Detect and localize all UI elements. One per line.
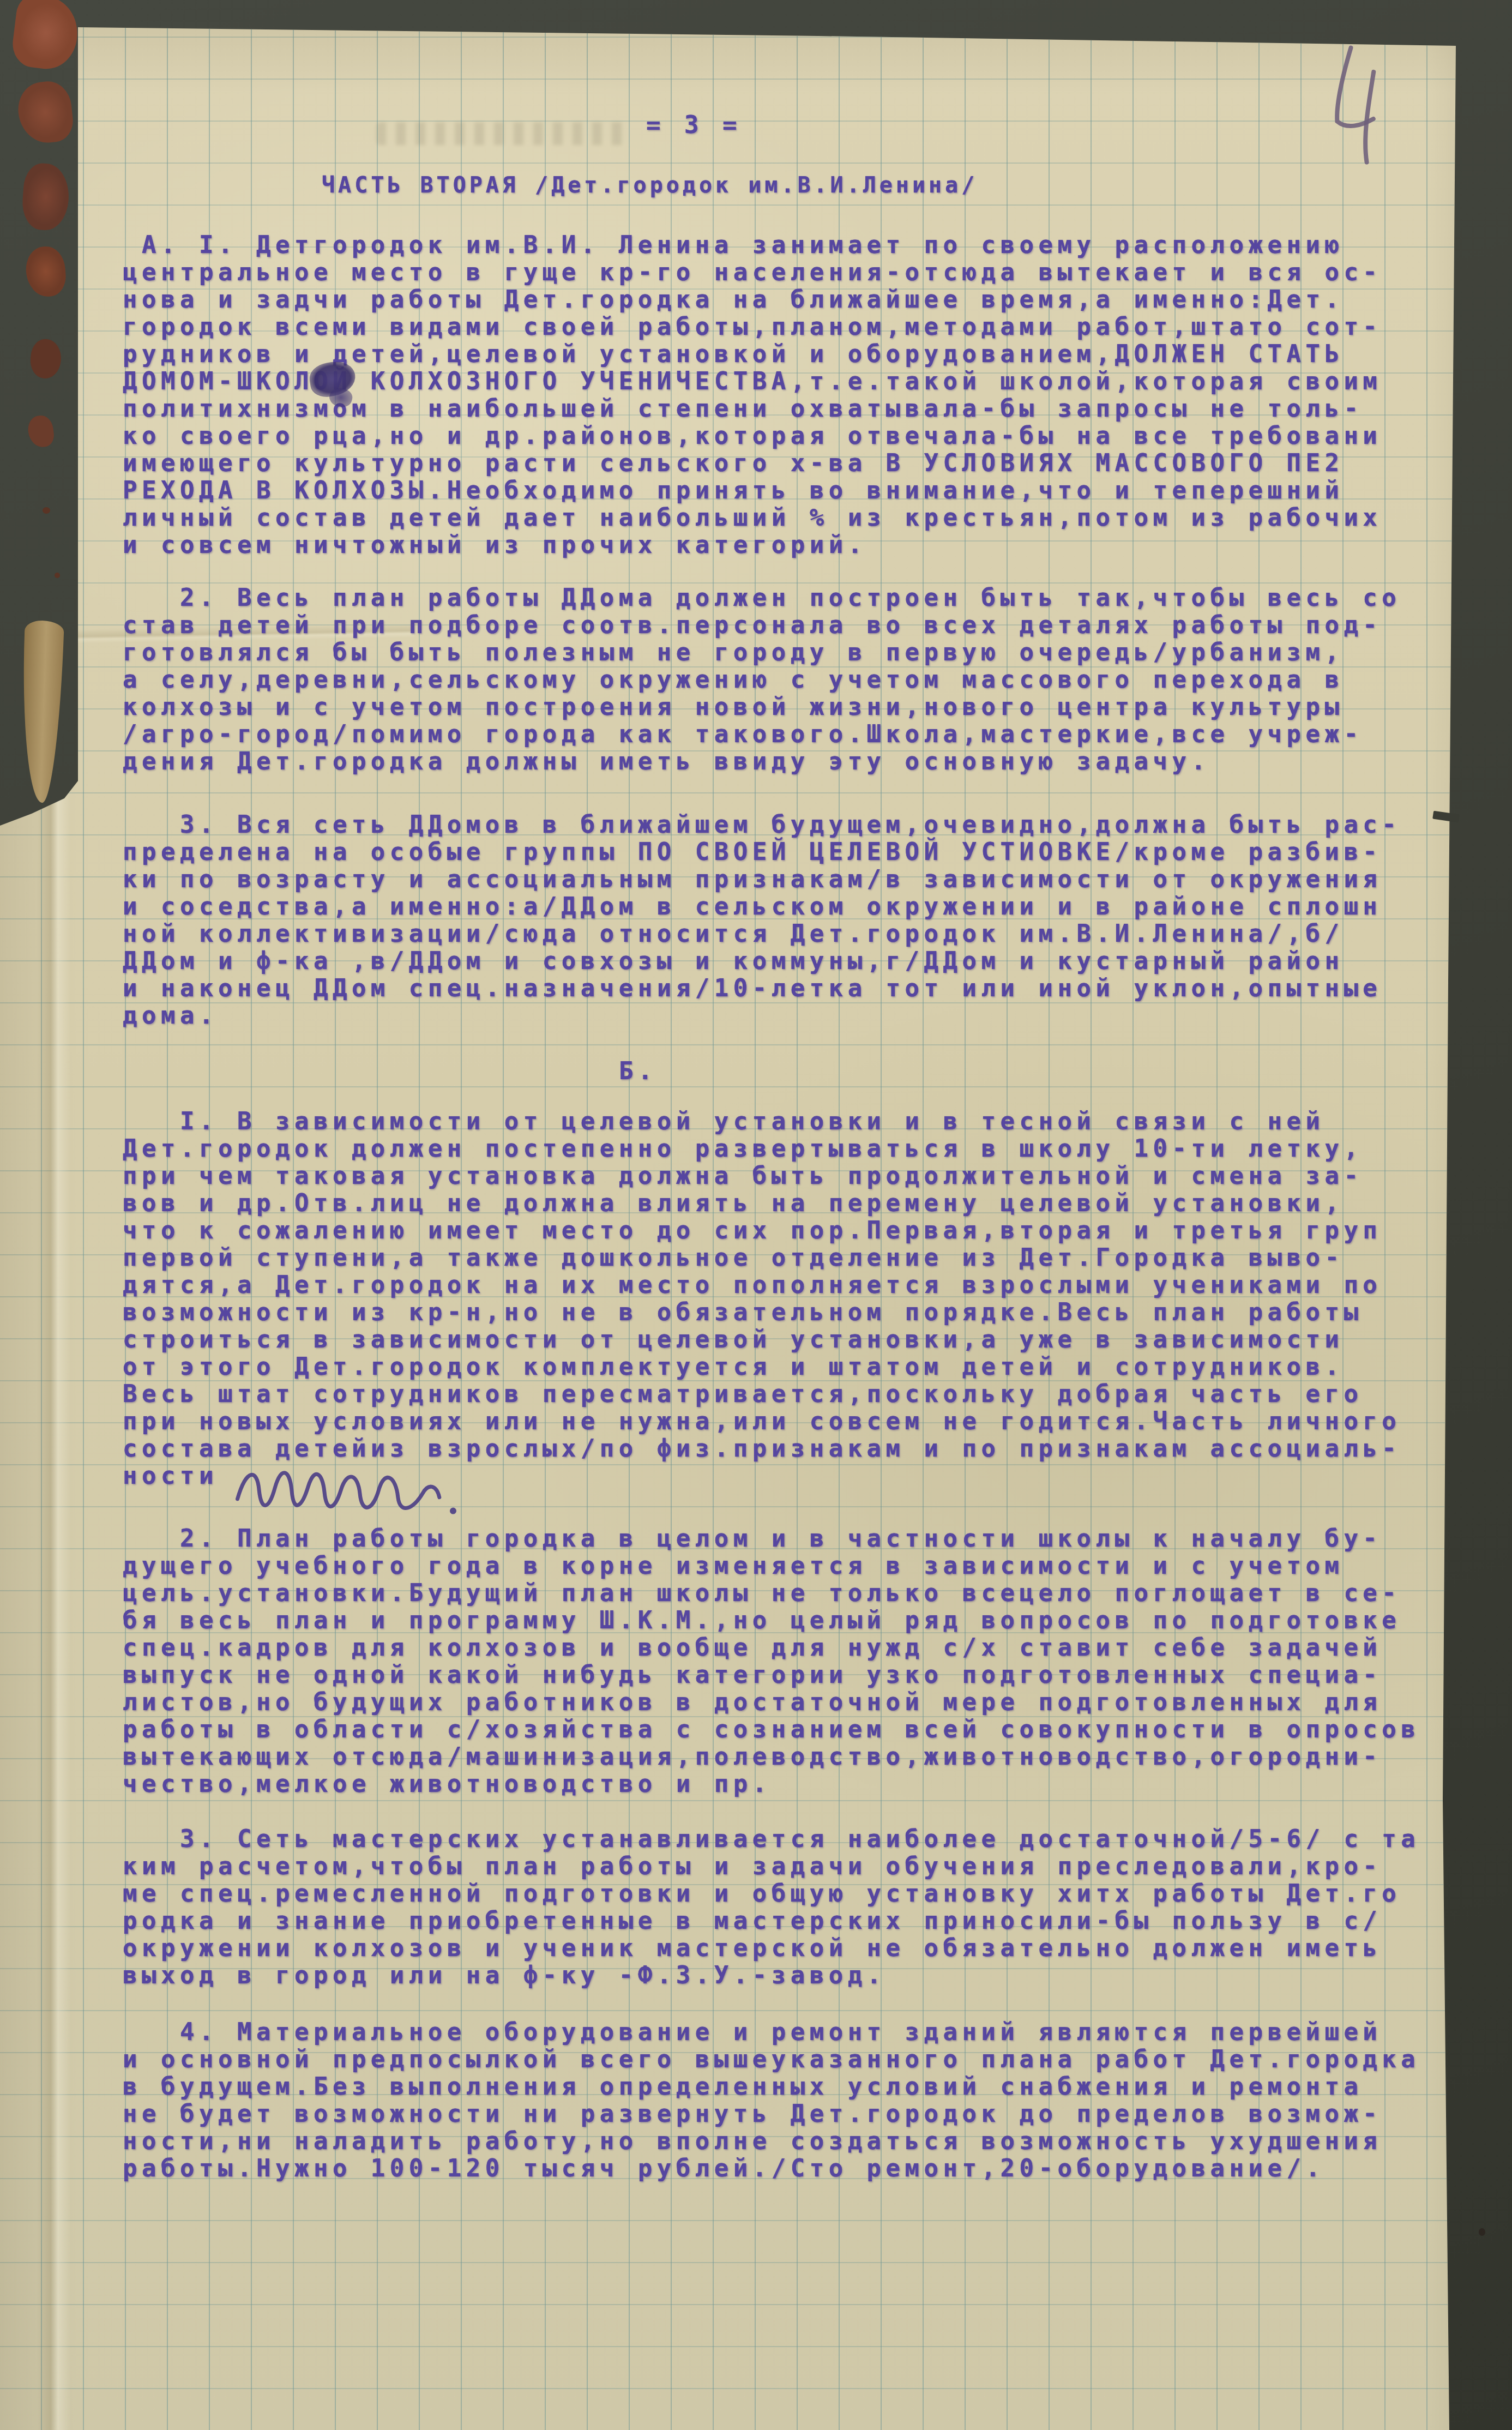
text-line: 4. Материальное оборудование и ремонт зд…: [123, 2019, 1420, 2046]
text-line: выход в город или на ф-ку -Ф.З.У.-завод.: [123, 1962, 1420, 1989]
section-a-paragraph-1: А. I. Детгородок им.В.И. Ленина занимает…: [123, 232, 1382, 559]
text-line: рудников и детей,целевой установкой и об…: [123, 341, 1382, 368]
text-line: при новых условиях или не нужна,или совс…: [123, 1408, 1401, 1435]
text-line: окружении колхозов и ученик мастерской н…: [123, 1935, 1420, 1962]
text-line: возможности из кр-н,но не в обязательном…: [123, 1299, 1401, 1326]
text-line: ности,ни наладить работу,но вполне созда…: [123, 2128, 1420, 2155]
document-title-text: ЧАСТЬ ВТОРАЯ /Дет.городок им.В.И.Ленина/: [322, 172, 978, 199]
text-line: ной коллективизации/сюда относится Дет.г…: [123, 921, 1401, 948]
text-line: дома.: [123, 1002, 1401, 1030]
text-line: что к сожалению имеет место до сих пор.П…: [123, 1217, 1401, 1244]
text-line: цель.установки.Будущий план школы не тол…: [123, 1580, 1420, 1607]
ink-speck: [1479, 2228, 1485, 2236]
text-line: имеющего культурно расти сельского х-ва …: [123, 450, 1382, 477]
text-line: I. В зависимости от целевой установки и …: [123, 1108, 1401, 1135]
page-number-text: = 3 =: [646, 112, 742, 139]
text-line: вытекающих отсюда/машинизация,полеводств…: [123, 1743, 1420, 1771]
text-line: листов,но будущих работников в достаточн…: [123, 1689, 1420, 1716]
text-line: работы.Нужно 100-120 тысяч рублей./Сто р…: [123, 2155, 1420, 2182]
text-line: ДДом и ф-ка ,в/ДДом и совхозы и коммуны,…: [123, 948, 1401, 975]
text-line: в будущем.Без выполнения определенных ус…: [123, 2073, 1420, 2101]
text-line: работы в области с/хозяйства с сознанием…: [123, 1716, 1420, 1743]
section-b-paragraph-3: 3. Сеть мастерских устанавливается наибо…: [123, 1826, 1420, 1989]
text-line: ким расчетом,чтобы план работы и задачи …: [123, 1853, 1420, 1880]
text-line: /агро-город/помимо города как такового.Ш…: [123, 721, 1401, 748]
text-line: став детей при подборе соотв.персонала в…: [123, 612, 1401, 639]
text-line: нова и задчи работы Дет.городка на ближа…: [123, 286, 1382, 314]
text-line: и совсем ничтожный из прочих категорий.: [123, 532, 1382, 559]
text-line: пределена на особые группы ПО СВОЕЙ ЦЕЛЕ…: [123, 839, 1401, 866]
text-line: 3. Вся сеть ДДомов в ближайшем будущем,о…: [123, 811, 1401, 839]
text-line: чество,мелкое животноводство и пр.: [123, 1771, 1420, 1798]
text-line: и соседства,а именно:а/ДДом в сельском о…: [123, 893, 1401, 921]
text-line: и наконец ДДом спец.назначения/10-летка …: [123, 975, 1401, 1002]
paper-speck: [55, 573, 60, 578]
text-line: дущего учебного года в корне изменяется …: [123, 1553, 1420, 1580]
text-line: а селу,деревни,сельскому окружению с уче…: [123, 666, 1401, 694]
text-line: состава детейиз взрослых/по физ.признака…: [123, 1435, 1401, 1463]
document-title: ЧАСТЬ ВТОРАЯ /Дет.городок им.В.И.Ленина/: [322, 172, 978, 199]
text-line: первой ступени,а также дошкольное отделе…: [123, 1244, 1401, 1272]
text-line: центральное место в гуще кр-го населения…: [123, 259, 1382, 286]
paper-speck: [43, 507, 50, 514]
section-b-paragraph-1: I. В зависимости от целевой установки и …: [123, 1108, 1401, 1490]
text-line: при чем таковая установка должна быть пр…: [123, 1163, 1401, 1190]
text-line: Весь штат сотрудников пересматривается,п…: [123, 1381, 1401, 1408]
text-line: бя весь план и программу Ш.К.М.,но целый…: [123, 1607, 1420, 1634]
section-a-paragraph-2: 2. Весь план работы ДДома должен построе…: [123, 585, 1401, 775]
text-line: строиться в зависимости от целевой устан…: [123, 1326, 1401, 1354]
text-line: не будет возможности ни развернуть Дет.г…: [123, 2101, 1420, 2128]
text-line: городок всеми видами своей работы,планом…: [123, 314, 1382, 341]
section-a-paragraph-3: 3. Вся сеть ДДомов в ближайшем будущем,о…: [123, 811, 1401, 1030]
text-line: дятся,а Дет.городок на их место пополняе…: [123, 1272, 1401, 1299]
handwritten-annotation: [232, 1457, 469, 1530]
text-line: дения Дет.городка должны иметь ввиду эту…: [123, 748, 1401, 775]
text-line: родка и знание приобретенные в мастерски…: [123, 1908, 1420, 1935]
text-line: и основной предпосылкой всего вышеуказан…: [123, 2046, 1420, 2073]
text-line: Дет.городок должен постепенно развертыва…: [123, 1135, 1401, 1163]
section-b-label-text: Б.: [619, 1058, 657, 1085]
text-line: от этого Дет.городок комплектуется и шта…: [123, 1354, 1401, 1381]
page-number: = 3 =: [646, 112, 742, 139]
text-line: личный состав детей дает наибольший % из…: [123, 504, 1382, 532]
section-b-label: Б.: [619, 1058, 657, 1085]
text-line: 2. Весь план работы ДДома должен построе…: [123, 585, 1401, 612]
handwritten-page-number: 4: [1323, 41, 1384, 170]
text-line: политихнизмом в наибольшей степени охват…: [123, 395, 1382, 423]
text-line: 2. План работы городка в целом и в частн…: [123, 1525, 1420, 1553]
typewritten-text-layer: = 3 = ЧАСТЬ ВТОРАЯ /Дет.городок им.В.И.Л…: [0, 0, 1512, 2430]
text-line: вов и др.Отв.лиц не должна влиять на пер…: [123, 1190, 1401, 1217]
text-line: готовлялся бы быть полезным не городу в …: [123, 639, 1401, 666]
text-line: ме спец.ремесленной подготовки и общую у…: [123, 1880, 1420, 1908]
text-line: выпуск не одной какой нибудь категории у…: [123, 1662, 1420, 1689]
text-line: ки по возрасту и ассоциальным признакам/…: [123, 866, 1401, 893]
text-line: А. I. Детгородок им.В.И. Ленина занимает…: [123, 232, 1382, 259]
text-line: спец.кадров для колхозов и вообще для ну…: [123, 1634, 1420, 1662]
text-line: РЕХОДА В КОЛХОЗЫ.Необходимо принять во в…: [123, 477, 1382, 504]
section-b-paragraph-2: 2. План работы городка в целом и в частн…: [123, 1525, 1420, 1798]
text-line: ко своего рца,но и др.районов,которая от…: [123, 423, 1382, 450]
text-line: 3. Сеть мастерских устанавливается наибо…: [123, 1826, 1420, 1853]
section-b-paragraph-4: 4. Материальное оборудование и ремонт зд…: [123, 2019, 1420, 2182]
archival-scan: = 3 = ЧАСТЬ ВТОРАЯ /Дет.городок им.В.И.Л…: [0, 0, 1512, 2430]
text-line: колхозы и с учетом построения новой жизн…: [123, 694, 1401, 721]
